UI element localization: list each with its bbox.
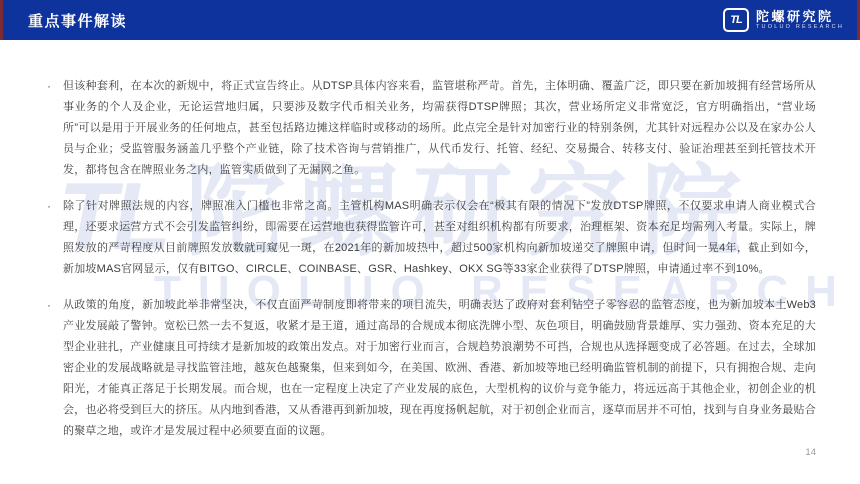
content-area: · 但该种套利，在本次的新规中，将正式宣告终止。从DTSP具体内容来看，监管堪称… [0, 40, 860, 457]
bullet-marker: · [47, 295, 63, 442]
logo: TL 陀螺研究院 TUOLUO RESEARCH [723, 8, 844, 32]
page-title: 重点事件解读 [28, 10, 127, 31]
logo-text: 陀螺研究院 TUOLUO RESEARCH [756, 10, 844, 31]
header-bar: 重点事件解读 TL 陀螺研究院 TUOLUO RESEARCH [0, 0, 860, 40]
bullet-text: 从政策的角度，新加坡此举非常坚决，不仅直面严苛制度即将带来的项目流失，明确表达了… [63, 295, 816, 442]
tl-logo-icon: TL [723, 8, 749, 32]
bullet-marker: · [47, 76, 63, 181]
bullet-text: 除了针对牌照法规的内容，牌照准入门槛也非常之高。主管机构MAS明确表示仅会在“极… [63, 196, 816, 280]
bullet-item: · 但该种套利，在本次的新规中，将正式宣告终止。从DTSP具体内容来看，监管堪称… [47, 76, 816, 181]
bullet-text: 但该种套利，在本次的新规中，将正式宣告终止。从DTSP具体内容来看，监管堪称严苛… [63, 76, 816, 181]
logo-name-en: TUOLUO RESEARCH [756, 25, 844, 31]
bullet-item: · 除了针对牌照法规的内容，牌照准入门槛也非常之高。主管机构MAS明确表示仅会在… [47, 196, 816, 280]
bullet-item: · 从政策的角度，新加坡此举非常坚决，不仅直面严苛制度即将带来的项目流失，明确表… [47, 295, 816, 442]
bullet-marker: · [47, 196, 63, 280]
header-left-accent [0, 0, 3, 40]
page-number: 14 [805, 447, 816, 458]
logo-name-cn: 陀螺研究院 [756, 10, 844, 23]
slide: 重点事件解读 TL 陀螺研究院 TUOLUO RESEARCH TL 陀螺研究院… [0, 0, 860, 484]
